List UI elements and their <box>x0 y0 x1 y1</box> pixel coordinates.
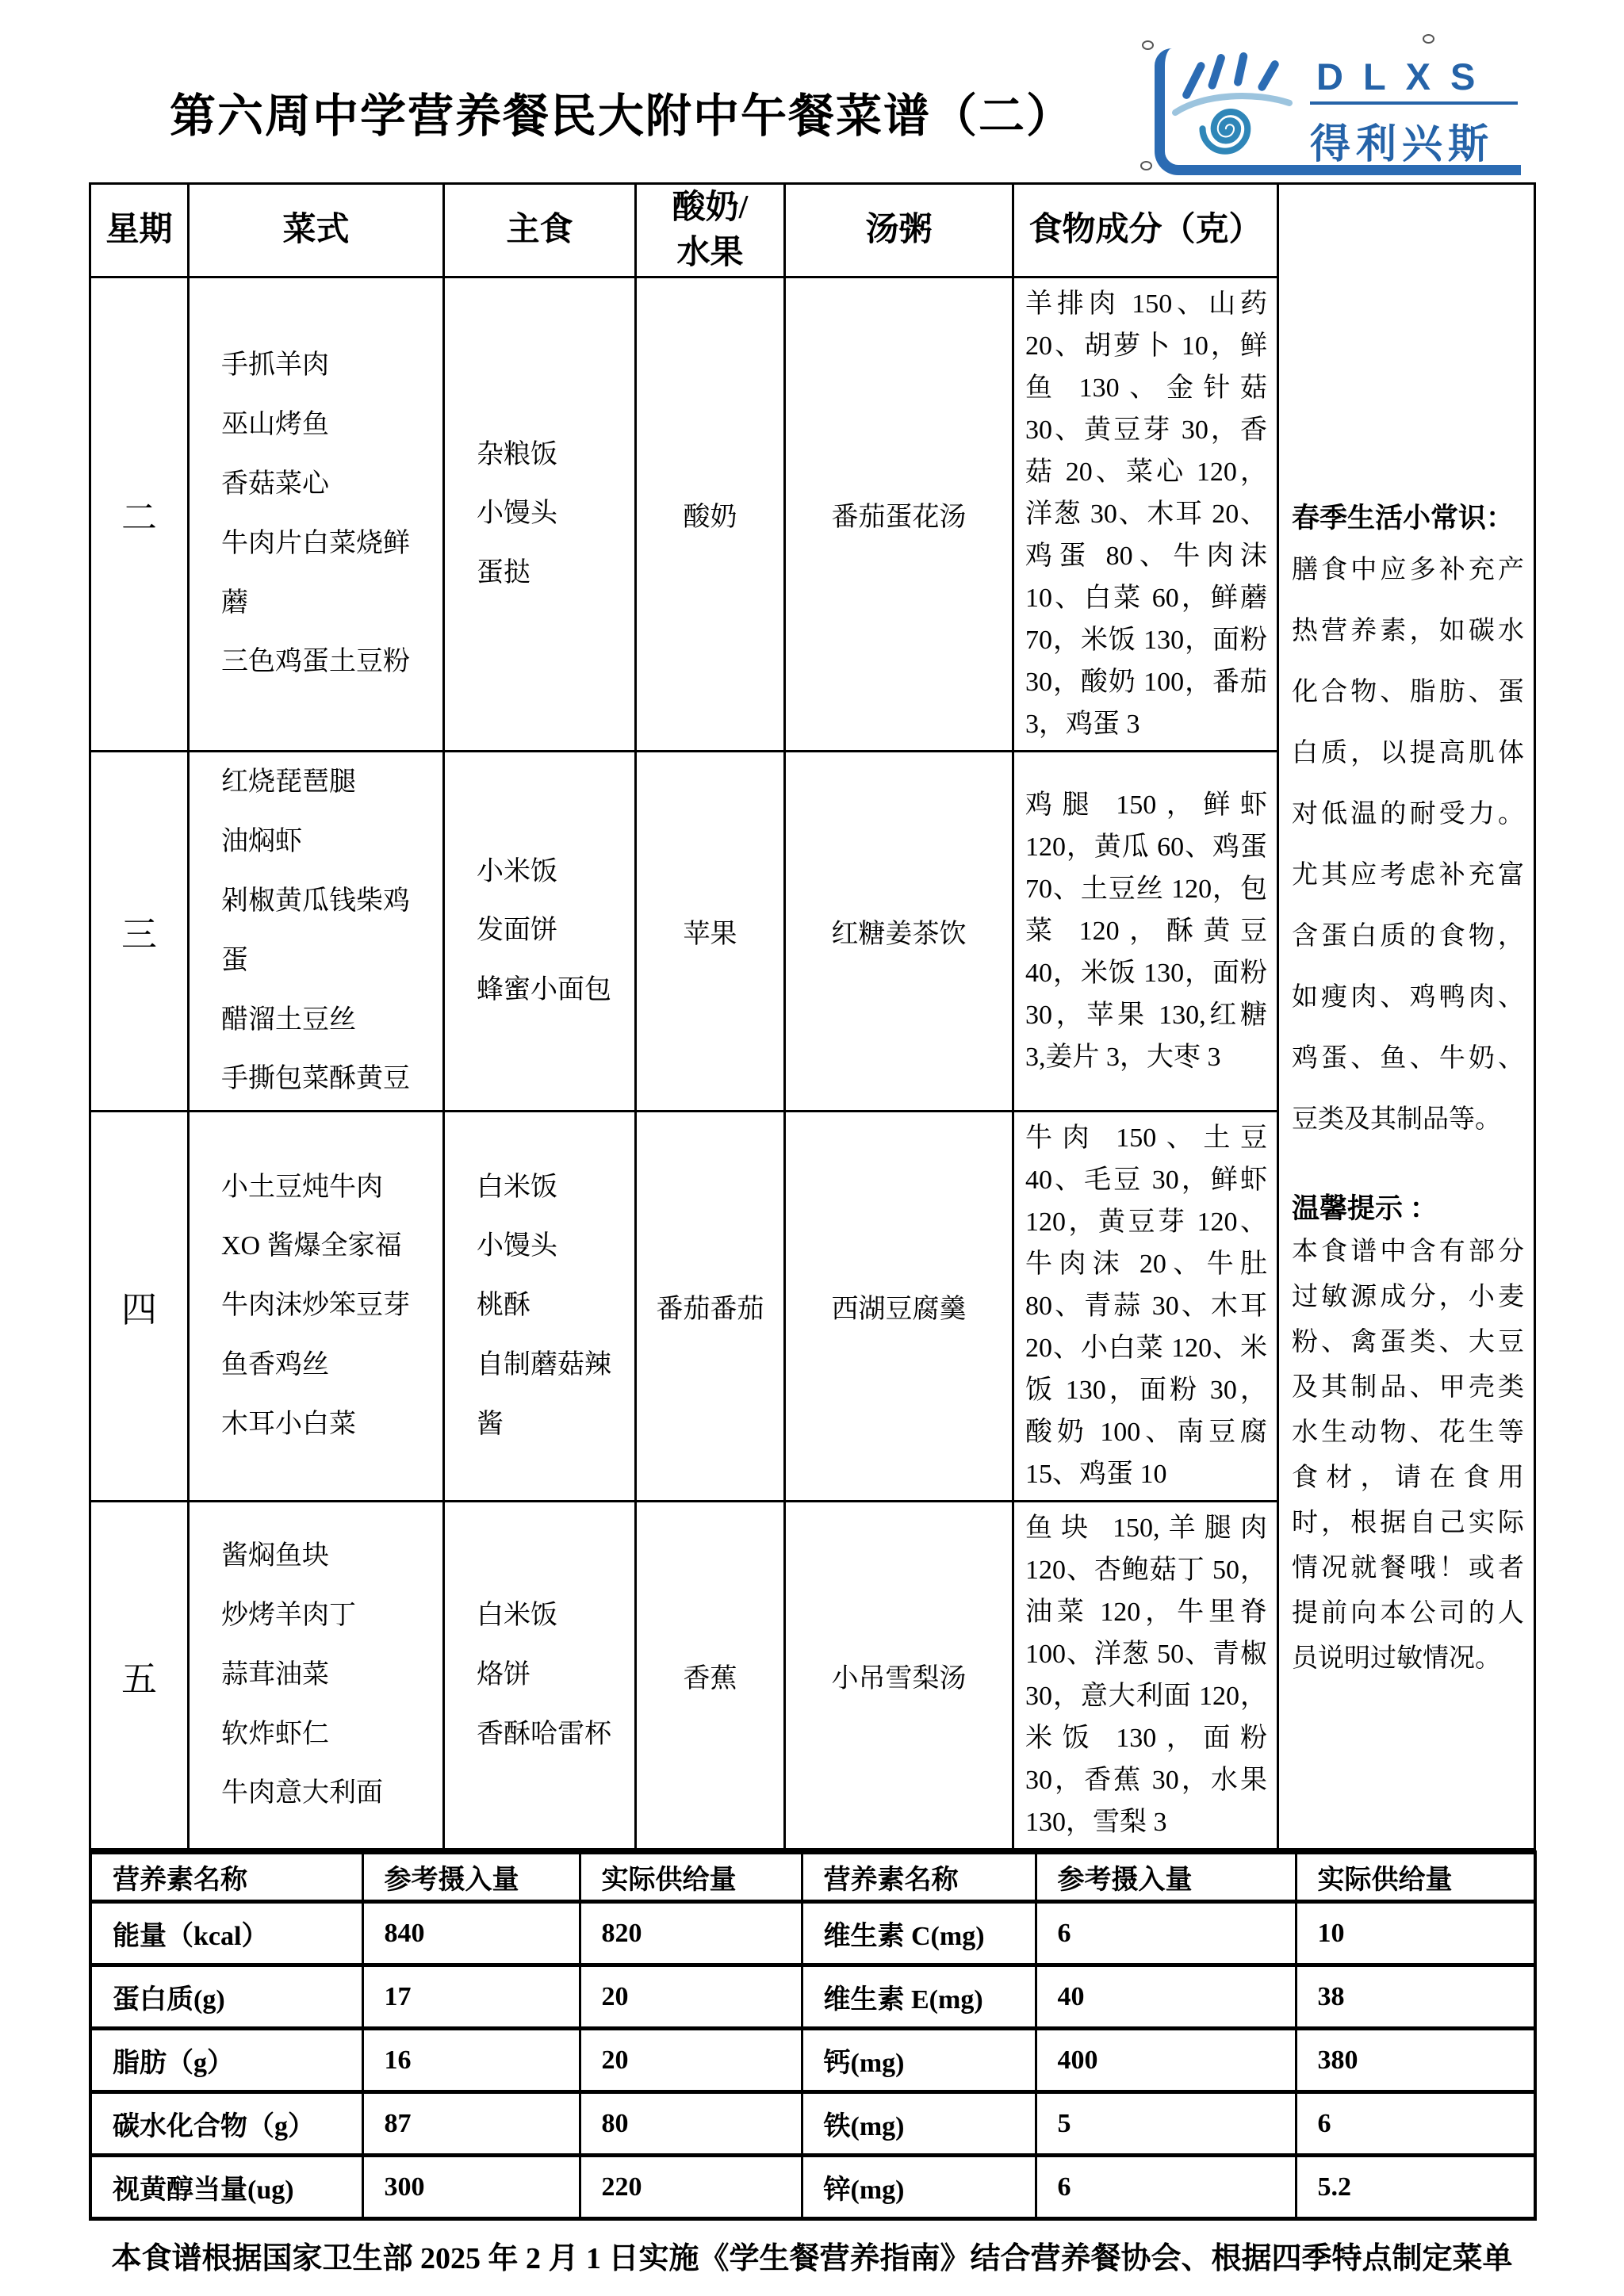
page-title: 第六周中学营养餐民大附中午餐菜谱（二） <box>89 78 1155 145</box>
document-header: 第六周中学营养餐民大附中午餐菜谱（二） DLXS 得利兴斯 <box>0 0 1624 182</box>
selection-handle-artifact <box>1142 40 1154 50</box>
nutrition-row: 脂肪（g） 16 20 钙(mg) 400 380 <box>90 2029 1535 2092</box>
footer-note: 本食谱根据国家卫生部 2025 年 2 月 1 日实施《学生餐营养指南》结合营养… <box>89 2233 1535 2277</box>
nutrient-name-cell: 视黄醇当量(ug) <box>90 2156 362 2219</box>
staples-cell: 杂粮饭 小馒头 蛋挞 <box>444 277 636 752</box>
menu-header-row: 星期 菜式 主食 酸奶/ 水果 汤粥 食物成分（克） 春季生活小常识： 膳食中应… <box>90 184 1535 277</box>
staples-cell: 白米饭 小馒头 桃酥 自制蘑菇辣酱 <box>444 1112 636 1502</box>
dishes-cell: 红烧琵琶腿 油焖虾 剁椒黄瓜钱柴鸡蛋 醋溜土豆丝 手撕包菜酥黄豆 <box>189 752 444 1112</box>
warm-notice-body: 本食谱中含有部分过敏源成分，小麦粉、禽蛋类、大豆及其制品、甲壳类水生动物、花生等… <box>1292 1230 1524 1682</box>
nutrition-row: 视黄醇当量(ug) 300 220 锌(mg) 6 5.2 <box>90 2156 1535 2219</box>
actual-supply-value: 6 <box>1296 2092 1535 2156</box>
col-header-weekday: 星期 <box>90 184 189 277</box>
weekly-menu-table: 星期 菜式 主食 酸奶/ 水果 汤粥 食物成分（克） 春季生活小常识： 膳食中应… <box>89 182 1536 1850</box>
eye-swirl-icon <box>1172 50 1293 170</box>
col-header-ingredients: 食物成分（克） <box>1013 184 1278 277</box>
actual-supply-value: 5.2 <box>1296 2156 1535 2219</box>
selection-handle-artifact <box>1140 161 1152 170</box>
dishes-cell: 小土豆炖牛肉 XO 酱爆全家福 牛肉沫炒笨豆芽 鱼香鸡丝 木耳小白菜 <box>189 1112 444 1502</box>
soup-cell: 红糖姜茶饮 <box>785 752 1013 1112</box>
tips-sidebar: 春季生活小常识： 膳食中应多补充产热营养素，如碳水化合物、脂肪、蛋白质，以提高肌… <box>1278 184 1535 1850</box>
nutrient-name-cell: 能量（kcal） <box>90 1902 362 1965</box>
logo-acronym: DLXS <box>1310 55 1518 105</box>
spring-tips-body: 膳食中应多补充产热营养素，如碳水化合物、脂肪、蛋白质，以提高肌体对低温的耐受力。… <box>1292 540 1524 1150</box>
actual-supply-value: 80 <box>580 2092 802 2156</box>
ingredients-cell: 鸡腿 150，鲜虾 120，黄瓜 60、鸡蛋 70、土豆丝 120，包菜 120… <box>1013 752 1278 1112</box>
nutrient-name-cell: 脂肪（g） <box>90 2029 362 2092</box>
reference-intake-value: 16 <box>362 2029 580 2092</box>
selection-handle-artifact <box>1423 34 1434 44</box>
reference-intake-value: 40 <box>1036 1965 1296 2029</box>
reference-intake-value: 6 <box>1036 1902 1296 1965</box>
yogurt-fruit-cell: 番茄番茄 <box>636 1112 785 1502</box>
actual-supply-value: 820 <box>580 1902 802 1965</box>
nutrient-name-cell: 铁(mg) <box>802 2092 1036 2156</box>
nutrition-row: 能量（kcal） 840 820 维生素 C(mg) 6 10 <box>90 1902 1535 1965</box>
weekday-cell: 三 <box>90 752 189 1112</box>
reference-intake-value: 6 <box>1036 2156 1296 2219</box>
ingredients-cell: 鱼块 150,羊腿肉 120、杏鲍菇丁 50，油菜 120，牛里脊 100、洋葱… <box>1013 1502 1278 1850</box>
actual-supply-value: 38 <box>1296 1965 1535 2029</box>
staples-cell: 白米饭 烙饼 香酥哈雷杯 <box>444 1502 636 1850</box>
logo-text: DLXS 得利兴斯 <box>1310 55 1518 170</box>
actual-supply-value: 220 <box>580 2156 802 2219</box>
reference-intake-value: 400 <box>1036 2029 1296 2092</box>
col-header-soup: 汤粥 <box>785 184 1013 277</box>
actual-supply-value: 20 <box>580 1965 802 2029</box>
soup-cell: 小吊雪梨汤 <box>785 1502 1013 1850</box>
soup-cell: 番茄蛋花汤 <box>785 277 1013 752</box>
col-header-yogurt-fruit: 酸奶/ 水果 <box>636 184 785 277</box>
nutrition-table: 营养素名称 参考摄入量 实际供给量 营养素名称 参考摄入量 实际供给量 能量（k… <box>89 1850 1537 2221</box>
spring-tips-title: 春季生活小常识： <box>1292 498 1524 540</box>
nutrition-col-header: 实际供给量 <box>1296 1853 1535 1902</box>
actual-supply-value: 10 <box>1296 1902 1535 1965</box>
staples-cell: 小米饭 发面饼 蜂蜜小面包 <box>444 752 636 1112</box>
nutrition-col-header: 营养素名称 <box>802 1853 1036 1902</box>
soup-cell: 西湖豆腐羹 <box>785 1112 1013 1502</box>
ingredients-cell: 羊排肉 150、山药 20、胡萝卜 10，鲜鱼 130、金针菇 30、黄豆芽 3… <box>1013 277 1278 752</box>
nutrition-col-header: 营养素名称 <box>90 1853 362 1902</box>
weekday-cell: 五 <box>90 1502 189 1850</box>
nutrient-name-cell: 碳水化合物（g） <box>90 2092 362 2156</box>
weekday-cell: 四 <box>90 1112 189 1502</box>
nutrient-name-cell: 钙(mg) <box>802 2029 1036 2092</box>
col-header-dishes: 菜式 <box>189 184 444 277</box>
nutrition-row: 碳水化合物（g） 87 80 铁(mg) 5 6 <box>90 2092 1535 2156</box>
nutrient-name-cell: 维生素 E(mg) <box>802 1965 1036 2029</box>
logo-company-name: 得利兴斯 <box>1310 111 1518 170</box>
nutrition-col-header: 参考摄入量 <box>1036 1853 1296 1902</box>
ingredients-cell: 牛肉 150、土豆 40、毛豆 30，鲜虾 120，黄豆芽 120、 牛肉沫 2… <box>1013 1112 1278 1502</box>
menu-document-page: 第六周中学营养餐民大附中午餐菜谱（二） DLXS 得利兴斯 <box>0 0 1624 2296</box>
warm-notice-title: 温馨提示 ： <box>1292 1188 1524 1230</box>
yogurt-fruit-cell: 香蕉 <box>636 1502 785 1850</box>
nutrition-col-header: 实际供给量 <box>580 1853 802 1902</box>
nutrient-name-cell: 维生素 C(mg) <box>802 1902 1036 1965</box>
company-logo: DLXS 得利兴斯 <box>1155 44 1535 180</box>
dishes-cell: 手抓羊肉 巫山烤鱼 香菇菜心 牛肉片白菜烧鲜蘑 三色鸡蛋土豆粉 <box>189 277 444 752</box>
reference-intake-value: 17 <box>362 1965 580 2029</box>
nutrient-name-cell: 蛋白质(g) <box>90 1965 362 2029</box>
nutrition-header-row: 营养素名称 参考摄入量 实际供给量 营养素名称 参考摄入量 实际供给量 <box>90 1853 1535 1902</box>
reference-intake-value: 840 <box>362 1902 580 1965</box>
nutrition-row: 蛋白质(g) 17 20 维生素 E(mg) 40 38 <box>90 1965 1535 2029</box>
dishes-cell: 酱焖鱼块 炒烤羊肉丁 蒜茸油菜 软炸虾仁 牛肉意大利面 <box>189 1502 444 1850</box>
reference-intake-value: 5 <box>1036 2092 1296 2156</box>
weekday-cell: 二 <box>90 277 189 752</box>
actual-supply-value: 20 <box>580 2029 802 2092</box>
yogurt-fruit-cell: 酸奶 <box>636 277 785 752</box>
actual-supply-value: 380 <box>1296 2029 1535 2092</box>
yogurt-fruit-cell: 苹果 <box>636 752 785 1112</box>
col-header-staple: 主食 <box>444 184 636 277</box>
nutrient-name-cell: 锌(mg) <box>802 2156 1036 2219</box>
nutrition-col-header: 参考摄入量 <box>362 1853 580 1902</box>
reference-intake-value: 87 <box>362 2092 580 2156</box>
reference-intake-value: 300 <box>362 2156 580 2219</box>
